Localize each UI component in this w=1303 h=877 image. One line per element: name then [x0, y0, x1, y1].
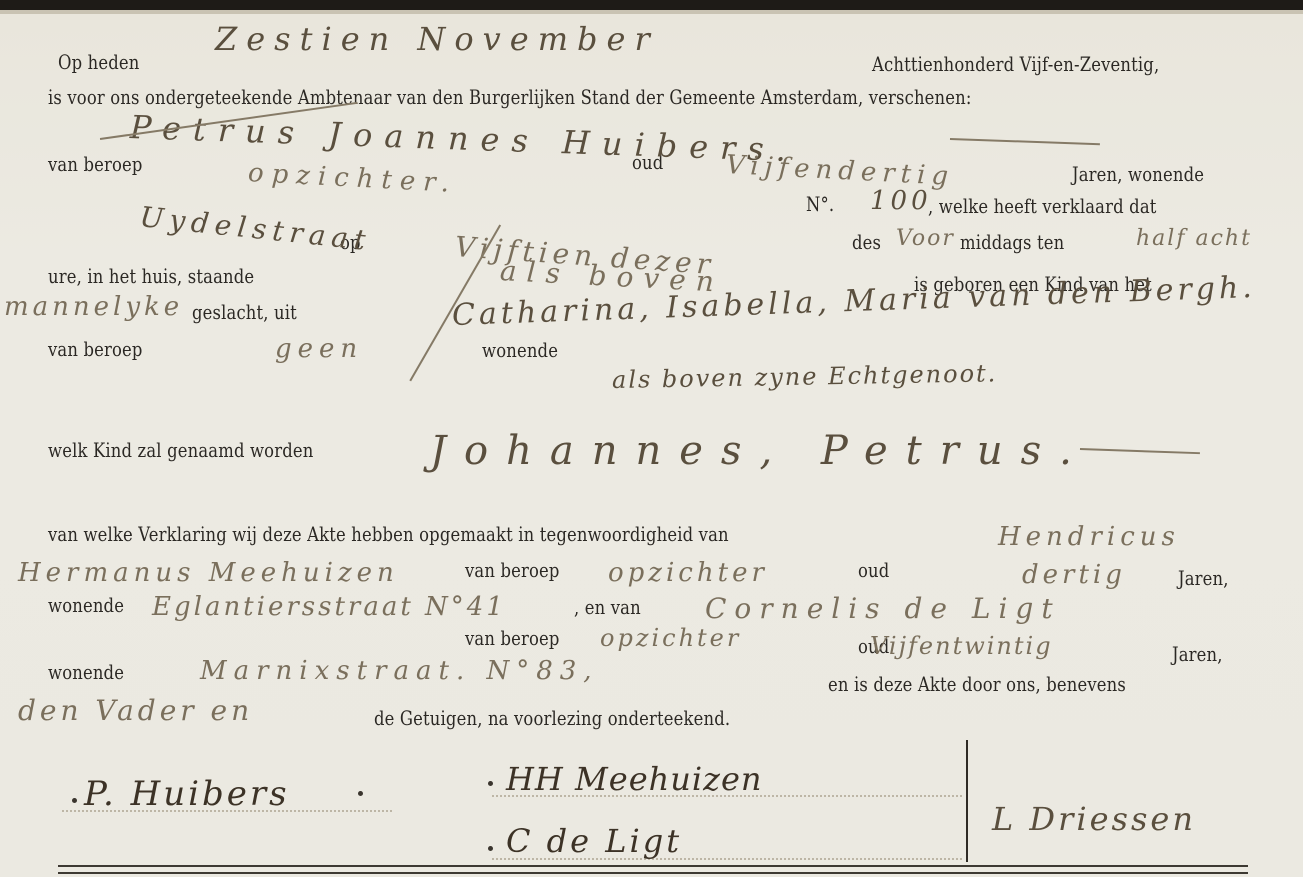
printed-van-beroep-3: van beroep — [465, 558, 560, 582]
hand-house-number: 100 — [870, 186, 932, 216]
signature-dot — [488, 781, 493, 786]
hand-date: Zestien November — [215, 20, 659, 58]
hand-declarant-street: Uydelstraat — [138, 200, 373, 257]
bottom-rule-bottom — [58, 872, 1248, 874]
hand-mother-residence: als boven zyne Echtgenoot. — [612, 359, 998, 394]
printed-wonende-1: wonende — [482, 338, 558, 362]
signature-dot — [72, 798, 77, 803]
printed-wonende-3: wonende — [48, 660, 124, 684]
printed-akte-door-ons: en is deze Akte door ons, benevens — [828, 672, 1126, 696]
printed-van-beroep-1: van beroep — [48, 152, 143, 176]
signature-brace — [966, 740, 976, 862]
printed-geslacht: geslacht, uit — [192, 300, 297, 324]
signature-witness2: C de Ligt — [506, 822, 682, 860]
hand-witness1-rest: Hermanus Meehuizen — [18, 558, 399, 588]
printed-genaamd: welk Kind zal genaamd worden — [48, 438, 313, 462]
hand-sex: mannelyke — [4, 292, 183, 322]
hand-witness2-occupation: opzichter — [600, 624, 741, 652]
printed-getuigen: de Getuigen, na voorlezing onderteekend. — [374, 706, 730, 730]
printed-op-heden: Op heden — [58, 50, 140, 74]
hand-child-name: Johannes, Petrus. — [430, 428, 1090, 474]
pen-stroke — [950, 138, 1100, 145]
printed-jaren-1: Jaren, — [1178, 566, 1229, 590]
printed-middags: middags ten — [960, 230, 1064, 254]
bottom-rule-top — [58, 865, 1248, 867]
printed-verklaring: van welke Verklaring wij deze Akte hebbe… — [48, 522, 729, 546]
printed-no: N°. — [806, 192, 834, 216]
printed-jaren-2: Jaren, — [1172, 642, 1223, 666]
printed-van-beroep-4: van beroep — [465, 626, 560, 650]
printed-verklaard: , welke heeft verklaard dat — [928, 194, 1157, 218]
signature-dot — [358, 791, 363, 796]
hand-time-prefix: Voor — [896, 226, 955, 251]
printed-year: Achttienhonderd Vijf-en-Zeventig, — [872, 52, 1159, 76]
signature-father: P. Huibers — [84, 774, 290, 814]
printed-van-beroep-2: van beroep — [48, 337, 143, 361]
hand-witness1-first: Hendricus — [998, 522, 1180, 552]
printed-en-van: , en van — [574, 595, 641, 619]
signature-dot — [488, 846, 493, 851]
register-page: Op heden Achttienhonderd Vijf-en-Zeventi… — [0, 10, 1303, 877]
hand-mother-occupation: geen — [275, 334, 363, 364]
hand-witness2-address: Marnixstraat. N°83, — [200, 656, 599, 686]
hand-father-note: den Vader en — [18, 694, 253, 727]
signature-official: L Driessen — [992, 800, 1196, 838]
hand-witness1-address: Eglantiersstraat N°41 — [152, 592, 506, 622]
hand-declarant-name: Petrus Joannes Huibers. — [129, 108, 798, 169]
printed-wonende-2: wonende — [48, 593, 124, 617]
pen-stroke — [1080, 448, 1200, 454]
hand-time: half acht — [1136, 226, 1252, 251]
printed-oud-2: oud — [858, 558, 889, 582]
printed-ure-huis: ure, in het huis, staande — [48, 264, 254, 288]
printed-official-line: is voor ons ondergeteekende Ambtenaar va… — [48, 85, 972, 109]
hand-witness2-name: Cornelis de Ligt — [705, 592, 1061, 625]
hand-declarant-occupation: opzichter. — [247, 158, 458, 199]
hand-witness1-occupation: opzichter — [608, 558, 768, 588]
hand-witness1-age: dertig — [1022, 560, 1126, 590]
hand-witness2-age: Vijfentwintig — [870, 632, 1053, 660]
printed-des: des — [852, 230, 881, 254]
signature-witness1: HH Meehuizen — [506, 760, 762, 798]
printed-jaren-wonende: Jaren, wonende — [1072, 162, 1204, 186]
